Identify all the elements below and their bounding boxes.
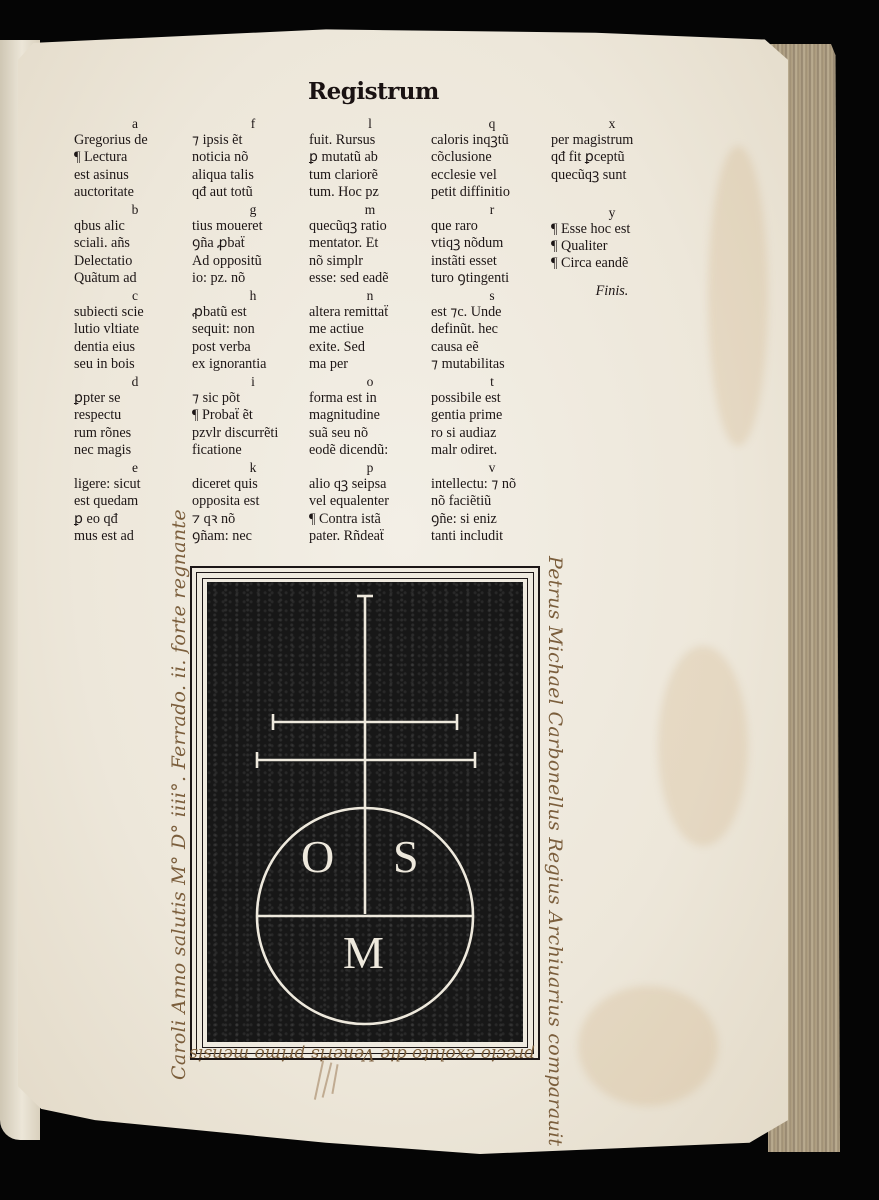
manuscript-note-bottom: precio exoluto die Veneris primo mensis [195, 1044, 535, 1064]
foxing-stain [578, 986, 718, 1106]
catchword-line: Ad oppositũ [192, 253, 314, 270]
register-group: q caloris inqꝫtũ cõclusione ecclesie vel… [431, 115, 553, 201]
catchword-line: ¶ Probaẗ ẽt [192, 407, 314, 424]
catchword-line: io: pz. nõ [192, 270, 314, 287]
catchword-line: Quãtum ad [74, 270, 196, 287]
catchword-line: petit diffinitio [431, 184, 553, 201]
catchword-line: Gregorius de [74, 132, 196, 149]
signature-mark: y [551, 204, 673, 221]
catchword-line: ¶ Contra istã [309, 511, 431, 528]
catchword-line: est ⁊c. Unde [431, 304, 553, 321]
catchword-line: Delectatio [74, 253, 196, 270]
signature-mark: i [192, 373, 314, 390]
catchword-line: post verba [192, 339, 314, 356]
signature-mark: a [74, 115, 196, 132]
catchword-line: pater. Rñdeaẗ [309, 528, 431, 545]
catchword-line: ꝯña ꝓbaẗ [192, 235, 314, 252]
signature-mark: b [74, 201, 196, 218]
catchword-line: fuit. Rursus [309, 132, 431, 149]
catchword-line: ꝑpter se [74, 390, 196, 407]
signature-mark: l [309, 115, 431, 132]
catchword-line: nõ faciẽtiũ [431, 493, 553, 510]
signature-mark: t [431, 373, 553, 390]
catchword-line: diceret quis [192, 476, 314, 493]
catchword-line: causa eẽ [431, 339, 553, 356]
catchword-line: caloris inqꝫtũ [431, 132, 553, 149]
catchword-line: est asinus [74, 167, 196, 184]
catchword-line: dentia eius [74, 339, 196, 356]
printers-device: O S M [207, 582, 523, 1042]
catchword-line: malr odiret. [431, 442, 553, 459]
catchword-line: ¶ Lectura [74, 149, 196, 166]
catchword-line: exite. Sed [309, 339, 431, 356]
finis-colophon: Finis. [551, 283, 673, 300]
catchword-line: instãti esset [431, 253, 553, 270]
signature-mark: v [431, 459, 553, 476]
catchword-line: suã seu nõ [309, 425, 431, 442]
register-group: i ⁊ sic põt ¶ Probaẗ ẽt pzvlr discurrẽti… [192, 373, 314, 459]
catchword-line: ꝓbatũ est [192, 304, 314, 321]
catchword-line: tius moueret [192, 218, 314, 235]
signature-mark: k [192, 459, 314, 476]
signature-mark: r [431, 201, 553, 218]
catchword-line: forma est in [309, 390, 431, 407]
catchword-line: possibile est [431, 390, 553, 407]
device-letter-s: S [393, 834, 419, 880]
catchword-line: ¶ Circa eandẽ [551, 255, 673, 272]
printers-device-frame: O S M [190, 566, 540, 1060]
register-group: y ¶ Esse hoc est ¶ Qualiter ¶ Circa eand… [551, 204, 673, 273]
catchword-line: ex ignorantia [192, 356, 314, 373]
signature-mark: o [309, 373, 431, 390]
signature-mark: g [192, 201, 314, 218]
signature-mark: c [74, 287, 196, 304]
signature-mark: s [431, 287, 553, 304]
catchword-line: sequit: non [192, 321, 314, 338]
catchword-line: cõclusione [431, 149, 553, 166]
catchword-line: eodẽ dicendũ: [309, 442, 431, 459]
signature-mark: n [309, 287, 431, 304]
catchword-line: ¶ Esse hoc est [551, 221, 673, 238]
foxing-stain [708, 146, 768, 446]
catchword-line: ¶ Qualiter [551, 238, 673, 255]
register-group: s est ⁊c. Unde definũt. hec causa eẽ ⁊ m… [431, 287, 553, 373]
catchword-line: respectu [74, 407, 196, 424]
catchword-line: ⁊ sic põt [192, 390, 314, 407]
catchword-line: nec magis [74, 442, 196, 459]
register-group: x per magistrum qđ fit ꝑceptũ quecũqꝫ su… [551, 115, 673, 184]
catchword-line: magnitudine [309, 407, 431, 424]
catchword-line: ro si audiaz [431, 425, 553, 442]
catchword-line: tum. Hoc pz [309, 184, 431, 201]
register-column-4: q caloris inqꝫtũ cõclusione ecclesie vel… [431, 115, 553, 545]
catchword-line: me actiue [309, 321, 431, 338]
signature-mark: f [192, 115, 314, 132]
manuscript-note-right: Petrus Michael Carbonellus Regius Archiu… [544, 556, 566, 1146]
register-group: g tius moueret ꝯña ꝓbaẗ Ad oppositũ io: … [192, 201, 314, 287]
register-group: a Gregorius de ¶ Lectura est asinus auct… [74, 115, 196, 201]
catchword-line: auctoritate [74, 184, 196, 201]
register-group: h ꝓbatũ est sequit: non post verba ex ig… [192, 287, 314, 373]
catchword-line: ⁊ mutabilitas [431, 356, 553, 373]
catchword-line: quecũqꝫ sunt [551, 167, 673, 184]
signature-mark: p [309, 459, 431, 476]
manuscript-note-left: Caroli Anno salutis M° D° iiii°. Ferrado… [168, 560, 190, 1080]
catchword-line: qđ fit ꝑceptũ [551, 149, 673, 166]
register-group: v intellectu: ⁊ nõ nõ faciẽtiũ ꝯñe: si e… [431, 459, 553, 545]
catchword-line: noticia nõ [192, 149, 314, 166]
page-heading: Registrum [308, 78, 439, 105]
register-column-3: l fuit. Rursus ꝑ mutatũ ab tum clariorẽ … [309, 115, 431, 545]
catchword-line: que raro [431, 218, 553, 235]
device-letter-o: O [301, 834, 334, 880]
register-group: l fuit. Rursus ꝑ mutatũ ab tum clariorẽ … [309, 115, 431, 201]
register-group: b qbus alic sciali. añs Delectatio Quãtu… [74, 201, 196, 287]
register-group: n altera remittaẗ me actiue exite. Sed m… [309, 287, 431, 373]
catchword-line: ⁊ ipsis ẽt [192, 132, 314, 149]
catchword-line: ꝯñam: nec [192, 528, 314, 545]
catchword-line: ligere: sicut [74, 476, 196, 493]
catchword-line: turo ꝯtingenti [431, 270, 553, 287]
catchword-line: ficatione [192, 442, 314, 459]
register-group: k diceret quis opposita est ⁊ qꝛ nõ ꝯñam… [192, 459, 314, 545]
catchword-line: pzvlr discurrẽti [192, 425, 314, 442]
catchword-line: intellectu: ⁊ nõ [431, 476, 553, 493]
catchword-line: aliqua talis [192, 167, 314, 184]
register-group: p alio qꝫ seipsa vel equalenter ¶ Contra… [309, 459, 431, 545]
catchword-line: vel equalenter [309, 493, 431, 510]
register-group: t possibile est gentia prime ro si audia… [431, 373, 553, 459]
device-letter-m: M [343, 930, 384, 976]
register-column-1: a Gregorius de ¶ Lectura est asinus auct… [74, 115, 196, 545]
register-group: f ⁊ ipsis ẽt noticia nõ aliqua talis qđ … [192, 115, 314, 201]
register-column-5: x per magistrum qđ fit ꝑceptũ quecũqꝫ su… [551, 115, 673, 300]
signature-mark: x [551, 115, 673, 132]
catchword-line: gentia prime [431, 407, 553, 424]
catchword-line: nõ simplr [309, 253, 431, 270]
catchword-line: ꝑ mutatũ ab [309, 149, 431, 166]
catchword-line: tum clariorẽ [309, 167, 431, 184]
catchword-line: per magistrum [551, 132, 673, 149]
catchword-line: definũt. hec [431, 321, 553, 338]
register-column-2: f ⁊ ipsis ẽt noticia nõ aliqua talis qđ … [192, 115, 314, 545]
signature-mark: d [74, 373, 196, 390]
signature-mark: q [431, 115, 553, 132]
catchword-line: rum rõnes [74, 425, 196, 442]
catchword-line: ma per [309, 356, 431, 373]
catchword-line: seu in bois [74, 356, 196, 373]
catchword-line: opposita est [192, 493, 314, 510]
catchword-line: subiecti scie [74, 304, 196, 321]
catchword-line: ecclesie vel [431, 167, 553, 184]
catchword-line: altera remittaẗ [309, 304, 431, 321]
catchword-line: sciali. añs [74, 235, 196, 252]
catchword-line: quecũqꝫ ratio [309, 218, 431, 235]
catchword-line: alio qꝫ seipsa [309, 476, 431, 493]
catchword-line: lutio vltiate [74, 321, 196, 338]
signature-mark: e [74, 459, 196, 476]
register-group: o forma est in magnitudine suã seu nõ eo… [309, 373, 431, 459]
catchword-line: qđ aut totũ [192, 184, 314, 201]
catchword-line: tanti includit [431, 528, 553, 545]
catchword-line: qbus alic [74, 218, 196, 235]
catchword-line: vtiqꝫ nõdum [431, 235, 553, 252]
register-group: r que raro vtiqꝫ nõdum instãti esset tur… [431, 201, 553, 287]
register-group: m quecũqꝫ ratio mentator. Et nõ simplr e… [309, 201, 431, 287]
signature-mark: h [192, 287, 314, 304]
catchword-line: mentator. Et [309, 235, 431, 252]
foxing-stain [658, 646, 748, 846]
register-group: c subiecti scie lutio vltiate dentia eiu… [74, 287, 196, 373]
catchword-line: est quedam [74, 493, 196, 510]
register-group: d ꝑpter se respectu rum rõnes nec magis [74, 373, 196, 459]
signature-mark: m [309, 201, 431, 218]
catchword-line: esse: sed eadẽ [309, 270, 431, 287]
catchword-line: ⁊ qꝛ nõ [192, 511, 314, 528]
catchword-line: ꝯñe: si eniz [431, 511, 553, 528]
